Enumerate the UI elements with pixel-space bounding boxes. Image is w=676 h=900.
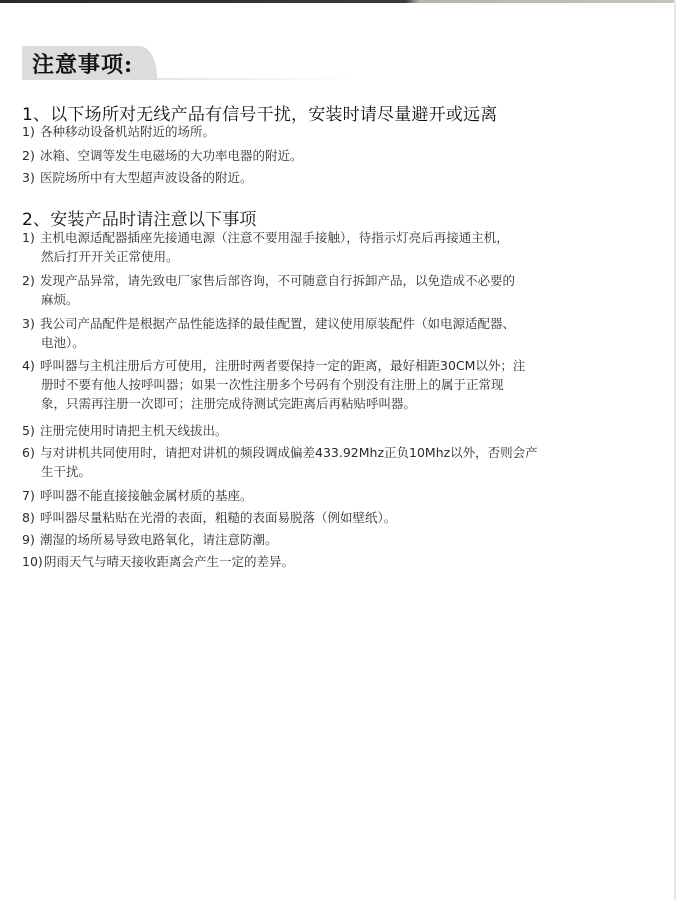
- section-2-item-5: 5)注册完使用时请把主机天线拔出。: [22, 421, 652, 440]
- section-2-item-3: 3)我公司产品配件是根据产品性能选择的最佳配置，建议使用原装配件（如电源适配器、…: [22, 314, 652, 352]
- item-text: 潮湿的场所易导致电路氧化，请注意防潮。: [40, 532, 278, 547]
- item-text: 冰箱、空调等发生电磁场的大功率电器的附近。: [40, 148, 303, 163]
- scan-top-edge: [0, 0, 676, 3]
- item-text-continued: 然后打开开关正常使用。: [22, 247, 652, 266]
- item-number: 1): [22, 122, 40, 141]
- item-text: 阴雨天气与晴天接收距离会产生一定的差异。: [44, 554, 294, 569]
- item-text: 发现产品异常，请先致电厂家售后部咨询，不可随意自行拆卸产品，以免造成不必要的: [40, 273, 515, 288]
- section-2-item-6: 6)与对讲机共同使用时，请把对讲机的频段调成偏差433.92Mhz正负10Mhz…: [22, 443, 652, 481]
- item-number: 4): [22, 356, 40, 375]
- item-number: 7): [22, 486, 40, 505]
- section-1-item-3: 3)医院场所中有大型超声波设备的附近。: [22, 168, 652, 187]
- item-text: 医院场所中有大型超声波设备的附近。: [40, 170, 253, 185]
- item-number: 2): [22, 146, 40, 165]
- title-banner-underline: [157, 78, 357, 80]
- section-2-item-4: 4)呼叫器与主机注册后方可使用，注册时两者要保持一定的距离，最好相距30CM以外…: [22, 356, 652, 413]
- item-number: 2): [22, 271, 40, 290]
- item-number: 8): [22, 508, 40, 527]
- item-number: 5): [22, 421, 40, 440]
- section-2-item-8: 8)呼叫器尽量粘贴在光滑的表面，粗糙的表面易脱落（例如壁纸）。: [22, 508, 652, 527]
- item-text: 呼叫器尽量粘贴在光滑的表面，粗糙的表面易脱落（例如壁纸）。: [40, 510, 396, 525]
- item-text: 我公司产品配件是根据产品性能选择的最佳配置，建议使用原装配件（如电源适配器、: [40, 316, 515, 331]
- section-2-item-10: 10)阴雨天气与晴天接收距离会产生一定的差异。: [22, 552, 652, 571]
- section-2-heading: 2、安装产品时请注意以下事项: [22, 205, 257, 230]
- item-number: 3): [22, 168, 40, 187]
- page-title: 注意事项:: [32, 48, 133, 79]
- item-number: 9): [22, 530, 40, 549]
- item-number: 3): [22, 314, 40, 333]
- item-text-continued: 象，只需再注册一次即可；注册完成待测试完距离后再粘贴呼叫器。: [22, 394, 652, 413]
- item-text-continued: 册时不要有他人按呼叫器；如果一次性注册多个号码有个别没有注册上的属于正常现: [22, 375, 652, 394]
- item-text: 与对讲机共同使用时，请把对讲机的频段调成偏差433.92Mhz正负10Mhz以外…: [40, 445, 538, 460]
- item-text: 主机电源适配器插座先接通电源（注意不要用湿手接触），待指示灯亮后再接通主机，: [40, 230, 509, 245]
- item-number: 1): [22, 228, 40, 247]
- item-text: 各种移动设备机站附近的场所。: [40, 124, 215, 139]
- item-number: 6): [22, 443, 40, 462]
- section-2-item-9: 9)潮湿的场所易导致电路氧化，请注意防潮。: [22, 530, 652, 549]
- section-2-item-1: 1)主机电源适配器插座先接通电源（注意不要用湿手接触），待指示灯亮后再接通主机，…: [22, 228, 652, 266]
- item-text-continued: 电池）。: [22, 333, 652, 352]
- item-text: 注册完使用时请把主机天线拔出。: [40, 423, 228, 438]
- section-2-item-2: 2)发现产品异常，请先致电厂家售后部咨询，不可随意自行拆卸产品，以免造成不必要的…: [22, 271, 652, 309]
- item-text: 呼叫器不能直接接触金属材质的基座。: [40, 488, 253, 503]
- section-1-item-2: 2)冰箱、空调等发生电磁场的大功率电器的附近。: [22, 146, 652, 165]
- item-text-continued: 麻烦。: [22, 290, 652, 309]
- section-1-item-1: 1)各种移动设备机站附近的场所。: [22, 122, 652, 141]
- item-number: 10): [22, 552, 44, 571]
- section-2-item-7: 7)呼叫器不能直接接触金属材质的基座。: [22, 486, 652, 505]
- item-text-continued: 生干扰。: [22, 462, 652, 481]
- item-text: 呼叫器与主机注册后方可使用，注册时两者要保持一定的距离，最好相距30CM以外；注: [40, 358, 525, 373]
